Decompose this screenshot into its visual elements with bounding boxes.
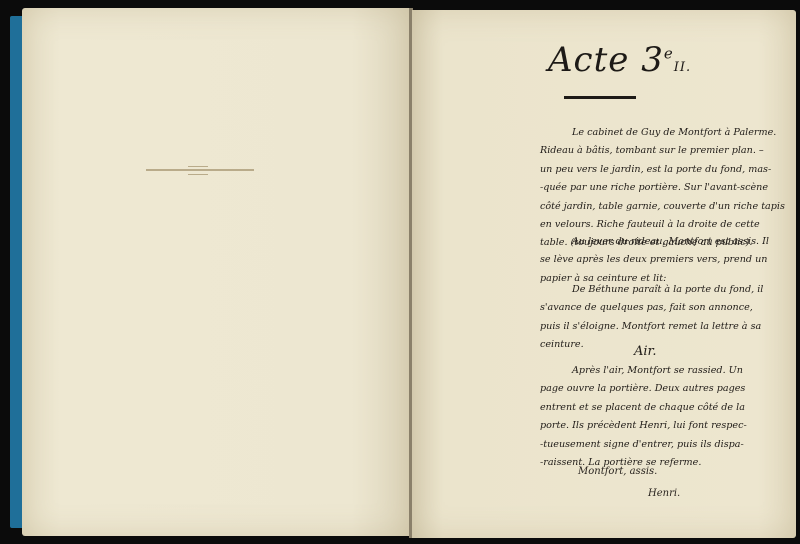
speaker-henri: Henri. xyxy=(648,488,680,499)
air-heading: Air. xyxy=(634,344,656,359)
page-ornament-rule xyxy=(146,169,254,171)
speaker-montfort: Montfort, assis. xyxy=(578,466,657,477)
title-underline xyxy=(564,96,636,99)
stage-direction-4: Après l'air, Montfort se rassied. Un pag… xyxy=(556,362,794,472)
left-page xyxy=(22,8,410,536)
act-title: Acte 3eII. xyxy=(548,40,691,80)
stage-direction-3: De Béthune paraît à la porte du fond, il… xyxy=(556,281,794,355)
stage-direction-2: Au lever du rideau, Montfort est assis. … xyxy=(556,233,794,288)
